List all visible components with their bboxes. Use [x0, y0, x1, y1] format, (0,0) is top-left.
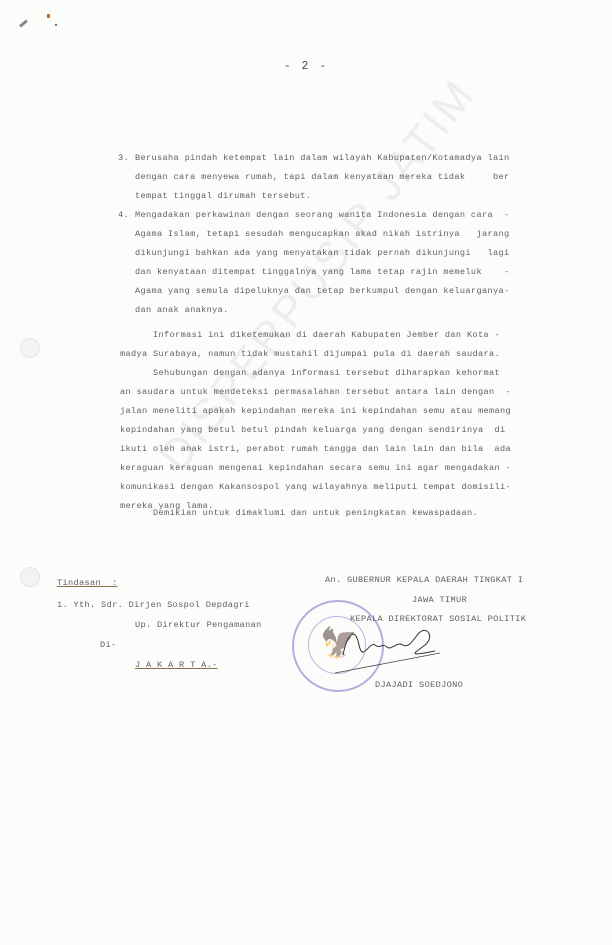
item-4-line: Mengadakan perkawinan dengan seorang wan…: [135, 210, 509, 220]
tembusan-line: J A K A R T A.-: [135, 660, 218, 670]
item-3-line: Berusaha pindah ketempat lain dalam wila…: [135, 153, 509, 163]
ink-speck: [47, 14, 50, 18]
item-4-line: dan kenyataan ditempat tinggalnya yang l…: [135, 267, 509, 277]
paragraph-line: keraguan keraguan mengenai kepindahan se…: [120, 463, 511, 473]
item-4-line: Agama Islam, tetapi sesudah mengucapkan …: [135, 229, 509, 239]
tembusan-line: 1. Yth. Sdr. Dirjen Sospol Depdagri: [57, 600, 250, 610]
document-page: DISPERPUSIP JATIM - 2 - 3. Berusaha pind…: [0, 0, 612, 945]
handwritten-signature: [335, 615, 445, 675]
ink-speck: [55, 24, 57, 26]
pen-mark: [19, 19, 28, 27]
signature-line: An. GUBERNUR KEPALA DAERAH TINGKAT I: [325, 575, 523, 585]
item-4-line: dikunjungi bahkan ada yang menyatakan ti…: [135, 248, 509, 258]
punch-hole: [20, 338, 40, 358]
paragraph-line: jalan meneliti apakah kepindahan mereka …: [120, 406, 511, 416]
item-3-line: dengan cara menyewa rumah, tapi dalam ke…: [135, 172, 509, 182]
tembusan-heading: Tindasan :: [57, 578, 118, 588]
page-number: - 2 -: [0, 60, 612, 73]
signatory-name: DJAJADI SOEDJONO: [375, 680, 463, 690]
item-number: 4.: [118, 210, 129, 220]
paragraph-line: ikuti oleh anak istri, perabot rumah tan…: [120, 444, 511, 454]
paragraph-line: Informasi ini diketemukan di daerah Kabu…: [120, 330, 500, 340]
item-4-line: dan anak anaknya.: [135, 305, 229, 315]
item-number: 3.: [118, 153, 129, 163]
punch-hole: [20, 567, 40, 587]
tembusan-line: Up. Direktur Pengamanan: [135, 620, 262, 630]
closing-line: Demikian untuk dimaklumi dan untuk penin…: [120, 508, 478, 518]
paragraph-line: kepindahan yang betul betul pindah kelua…: [120, 425, 506, 435]
paragraph-line: komunikasi dengan Kakansospol yang wilay…: [120, 482, 511, 492]
tembusan-line: Di-: [100, 640, 117, 650]
paragraph-line: madya Surabaya, namun tidak mustahil dij…: [120, 349, 500, 359]
paragraph-line: Sehubungan dengan adanya informasi terse…: [120, 368, 500, 378]
signature-line: JAWA TIMUR: [412, 595, 467, 605]
item-3-line: tempat tinggal dirumah tersebut.: [135, 191, 311, 201]
item-4-line: Agama yang semula dipeluknya dan tetap b…: [135, 286, 509, 296]
paragraph-line: an saudara untuk mendeteksi permasalahan…: [120, 387, 511, 397]
